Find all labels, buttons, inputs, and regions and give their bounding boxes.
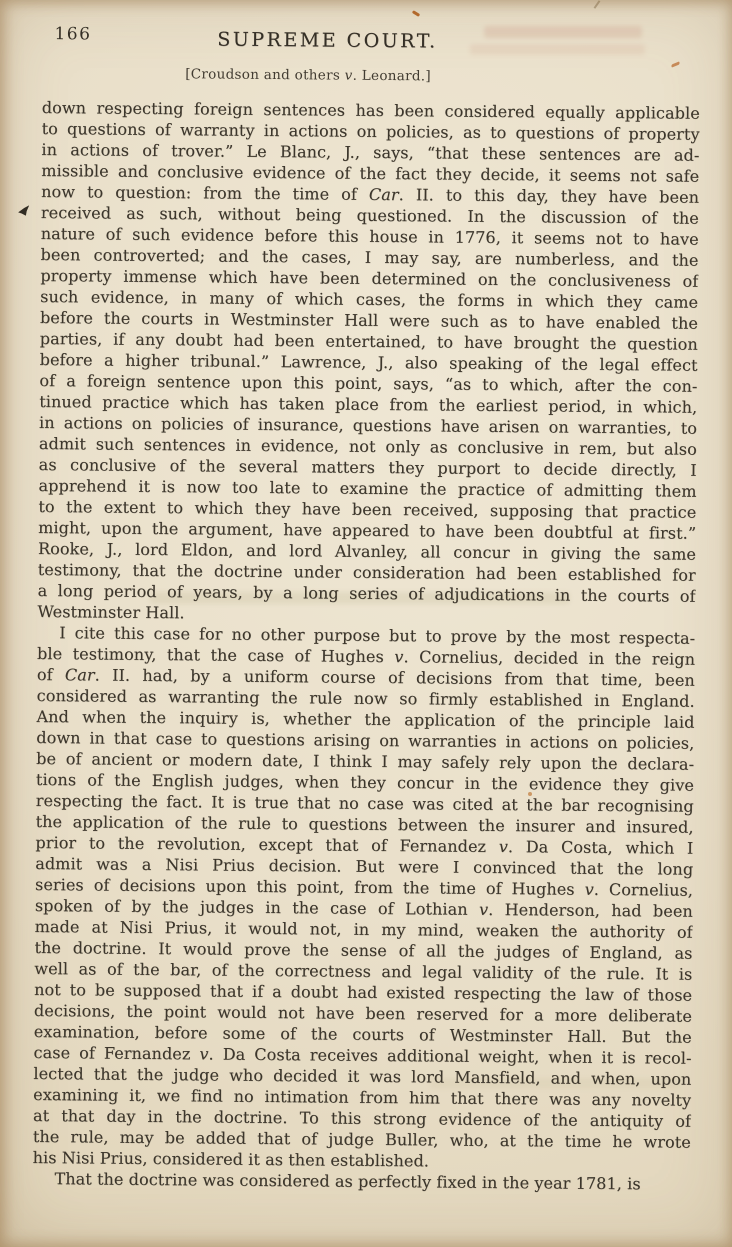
opinion-text: down respecting foreign sentences has be… bbox=[32, 97, 700, 1195]
page-number: 166 bbox=[54, 24, 91, 44]
case-caption: [Croudson and others v. Leonard.] bbox=[185, 66, 431, 84]
paragraph: down respecting foreign sentences has be… bbox=[37, 97, 700, 628]
text-line: That the doctrine was considered as perf… bbox=[32, 1168, 690, 1195]
page-content: 166 SUPREME COURT. [Croudson and others … bbox=[0, 0, 732, 1247]
paragraph: I cite this case for no other purpose bu… bbox=[33, 622, 696, 1174]
running-header-title: SUPREME COURT. bbox=[217, 29, 438, 53]
scanned-book-page: 166 SUPREME COURT. [Croudson and others … bbox=[0, 0, 732, 1247]
paragraph: That the doctrine was considered as perf… bbox=[32, 1168, 690, 1195]
